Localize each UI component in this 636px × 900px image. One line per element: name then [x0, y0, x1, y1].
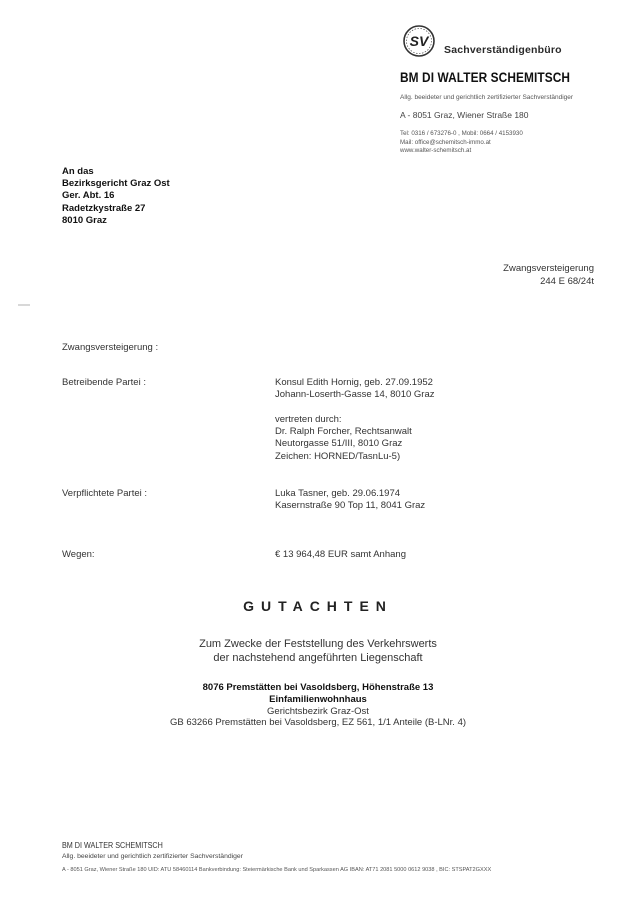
representative-line: vertreten durch: [275, 414, 412, 426]
recipient-line: An das [62, 166, 170, 178]
recipient-address: An das Bezirksgericht Graz Ost Ger. Abt.… [62, 166, 170, 227]
plaintiff-line: Johann-Loserth-Gasse 14, 8010 Graz [275, 389, 434, 401]
defendant-line: Luka Tasner, geb. 29.06.1974 [275, 488, 425, 500]
report-purpose: Zum Zwecke der Feststellung des Verkehrs… [0, 637, 636, 665]
firm-contact: Tel: 0316 / 673276-0 , Mobil: 0664 / 415… [400, 130, 523, 156]
contact-website[interactable]: www.walter-schemitsch.at [400, 147, 523, 156]
sv-logo-icon: SV [402, 24, 436, 58]
case-reference: Zwangsversteigerung 244 E 68/24t [503, 263, 594, 288]
report-title: GUTACHTEN [0, 598, 636, 614]
recipient-line: 8010 Graz [62, 215, 170, 227]
footer-name: BM DI WALTER SCHEMITSCH [62, 841, 566, 850]
plaintiff-line: Konsul Edith Hornig, geb. 27.09.1952 [275, 377, 434, 389]
case-number: 244 E 68/24t [503, 276, 594, 289]
plaintiff-label: Betreibende Partei : [62, 377, 146, 388]
property-details: 8076 Premstätten bei Vasoldsberg, Höhens… [0, 682, 636, 729]
reason-label: Wegen: [62, 549, 95, 560]
firm-name: BM DI WALTER SCHEMITSCH [400, 70, 570, 85]
land-register: GB 63266 Premstätten bei Vasoldsberg, EZ… [0, 717, 636, 729]
court-district: Gerichtsbezirk Graz-Ost [0, 706, 636, 718]
office-name: Sachverständigenbüro [444, 44, 562, 56]
footer-subtitle: Allg. beeideter und gerichtlich zertifiz… [62, 853, 622, 860]
reason: € 13 964,48 EUR samt Anhang [275, 549, 406, 561]
recipient-line: Bezirksgericht Graz Ost [62, 178, 170, 190]
property-address: 8076 Premstätten bei Vasoldsberg, Höhens… [0, 682, 636, 694]
defendant: Luka Tasner, geb. 29.06.1974 Kasernstraß… [275, 488, 425, 512]
defendant-line: Kasernstraße 90 Top 11, 8041 Graz [275, 500, 425, 512]
representative-line: Dr. Ralph Forcher, Rechtsanwalt [275, 426, 412, 438]
representative-line: Zeichen: HORNED/TasnLu-5) [275, 451, 412, 463]
plaintiff: Konsul Edith Hornig, geb. 27.09.1952 Joh… [275, 377, 434, 401]
svg-text:SV: SV [410, 33, 430, 49]
recipient-line: Radetzkystraße 27 [62, 203, 170, 215]
property-type: Einfamilienwohnhaus [0, 694, 636, 706]
footer: BM DI WALTER SCHEMITSCH Allg. beeideter … [62, 841, 622, 873]
footer-bank-details: A - 8051 Graz, Wiener Straße 180 UID: AT… [62, 867, 622, 873]
firm-subtitle: Allg. beeideter und gerichtlich zertifiz… [400, 94, 573, 101]
purpose-line: der nachstehend angeführten Liegenschaft [0, 651, 636, 665]
margin-mark [18, 304, 30, 306]
defendant-label: Verpflichtete Partei : [62, 488, 147, 499]
representative: vertreten durch: Dr. Ralph Forcher, Rech… [275, 414, 412, 463]
contact-phone: Tel: 0316 / 673276-0 , Mobil: 0664 / 415… [400, 130, 523, 139]
firm-address: A - 8051 Graz, Wiener Straße 180 [400, 110, 529, 120]
case-type: Zwangsversteigerung [503, 263, 594, 276]
case-heading: Zwangsversteigerung : [62, 342, 158, 353]
contact-email[interactable]: Mail: office@schemitsch-immo.at [400, 139, 523, 148]
representative-line: Neutorgasse 51/III, 8010 Graz [275, 438, 412, 450]
recipient-line: Ger. Abt. 16 [62, 190, 170, 202]
purpose-line: Zum Zwecke der Feststellung des Verkehrs… [0, 637, 636, 651]
